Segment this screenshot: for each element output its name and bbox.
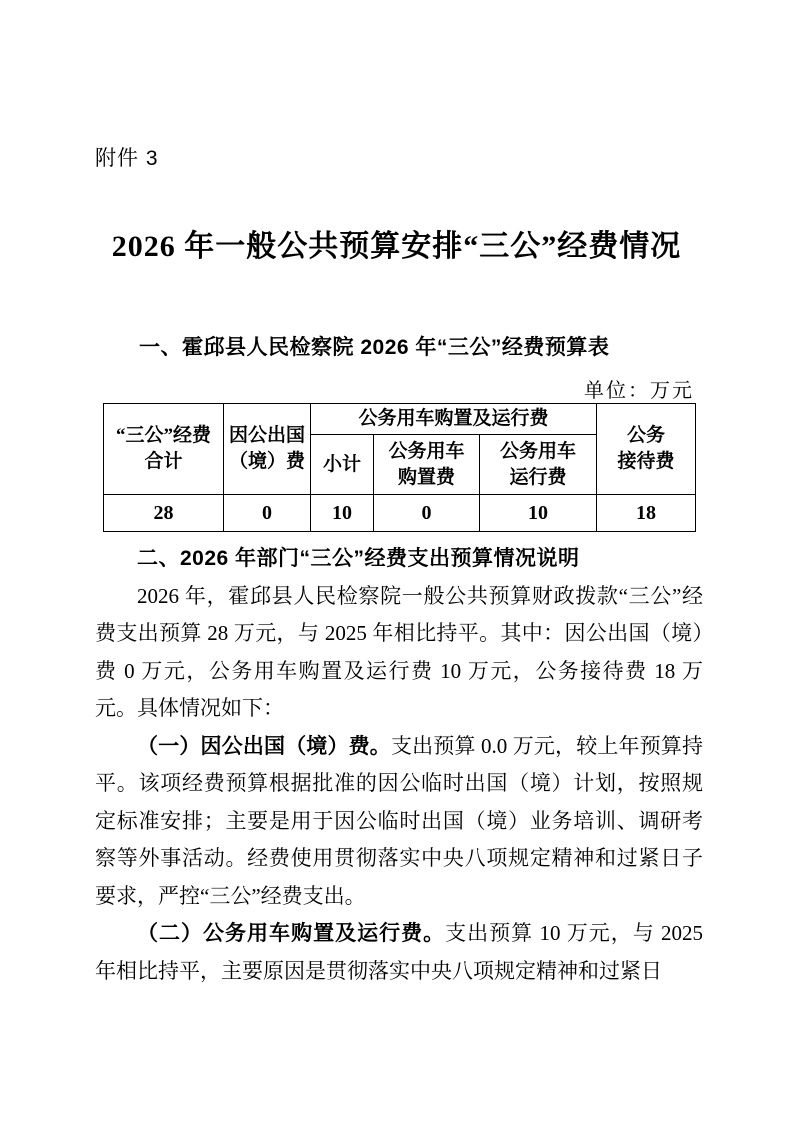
section1-heading: 一、霍邱县人民检察院 2026 年“三公”经费预算表 bbox=[95, 331, 609, 361]
header-cell-reception: 公务 接待费 bbox=[597, 404, 696, 495]
section2: 二、2026 年部门“三公”经费支出预算情况说明 2026 年，霍邱县人民检察院… bbox=[95, 540, 703, 990]
table-header-row-1: “三公”经费 合计 因公出国 （境）费 公务用车购置及运行费 公务 接待费 bbox=[104, 404, 696, 435]
paragraph-vehicle-fee-lead: （二）公务用车购置及运行费。 bbox=[137, 921, 445, 945]
header-cell-vehicle-operation: 公务用车 运行费 bbox=[480, 435, 597, 495]
value-cell-vehicle-purchase: 0 bbox=[374, 495, 480, 532]
paragraph-vehicle-fee: （二）公务用车购置及运行费。支出预算 10 万元，与 2025 年相比持平，主要… bbox=[95, 915, 703, 990]
value-cell-reception: 18 bbox=[597, 495, 696, 532]
header-cell-vehicle-purchase: 公务用车 购置费 bbox=[374, 435, 480, 495]
paragraph-overview-text: 2026 年，霍邱县人民检察院一般公共预算财政拨款“三公”经费支出预算 28 万… bbox=[95, 584, 703, 721]
section2-heading: 二、2026 年部门“三公”经费支出预算情况说明 bbox=[95, 540, 703, 578]
value-cell-vehicle-operation: 10 bbox=[480, 495, 597, 532]
table-unit-note: 单位：万元 bbox=[584, 374, 694, 403]
header-cell-total: “三公”经费 合计 bbox=[104, 404, 224, 495]
attachment-label: 附件 3 bbox=[95, 142, 159, 172]
header-cell-vehicle-group: 公务用车购置及运行费 bbox=[311, 404, 597, 435]
paragraph-overview: 2026 年，霍邱县人民检察院一般公共预算财政拨款“三公”经费支出预算 28 万… bbox=[95, 578, 703, 728]
table-data-row: 28 0 10 0 10 18 bbox=[104, 495, 696, 532]
budget-table: “三公”经费 合计 因公出国 （境）费 公务用车购置及运行费 公务 接待费 小计… bbox=[103, 403, 696, 532]
paragraph-abroad-fee: （一）因公出国（境）费。支出预算 0.0 万元，较上年预算持平。该项经费预算根据… bbox=[95, 728, 703, 916]
header-cell-abroad: 因公出国 （境）费 bbox=[224, 404, 311, 495]
value-cell-total: 28 bbox=[104, 495, 224, 532]
value-cell-abroad: 0 bbox=[224, 495, 311, 532]
document-page: 附件 3 2026 年一般公共预算安排“三公”经费情况 一、霍邱县人民检察院 2… bbox=[0, 0, 793, 1122]
header-cell-vehicle-subtotal: 小计 bbox=[311, 435, 374, 495]
paragraph-abroad-fee-text: 支出预算 0.0 万元，较上年预算持平。该项经费预算根据批准的因公临时出国（境）… bbox=[95, 734, 703, 908]
paragraph-abroad-fee-lead: （一）因公出国（境）费。 bbox=[137, 734, 391, 758]
document-title: 2026 年一般公共预算安排“三公”经费情况 bbox=[0, 221, 793, 265]
value-cell-vehicle-subtotal: 10 bbox=[311, 495, 374, 532]
